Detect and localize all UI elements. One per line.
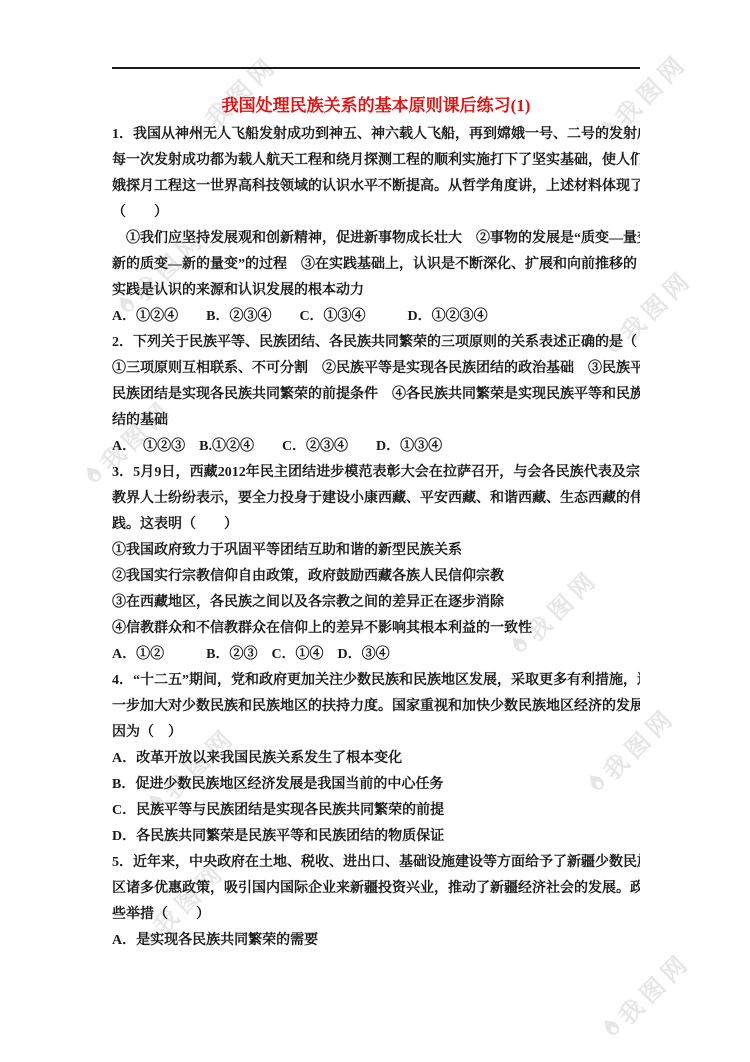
question-3-line: 3．5月9日，西藏2012年民主团结进步模范表彰大会在拉萨召开，与会各民族代表及… [112,460,640,486]
question-1-line: ①我们应坚持发展观和创新精神，促进新事物成长壮大 ②事物的发展是“质变—量变— [112,226,640,252]
question-1-line: （ ） [112,200,640,226]
question-4-line: A．改革开放以来我国民族关系发生了根本变化 [112,746,640,772]
flame-icon [597,1012,628,1043]
question-5-line: 些举措（ ） [112,902,640,928]
question-3-line: ④信教群众和不信教群众在信仰上的差异不影响其根本利益的一致性 [112,616,640,642]
question-2-line: 2．下列关于民族平等、民族团结、各民族共同繁荣的三项原则的关系表述正确的是（ ） [112,330,640,356]
question-4-line: 4．“十二五”期间，党和政府更加关注少数民族和民族地区发展，采取更多有利措施，进 [112,668,640,694]
question-5-line: A．是实现各民族共同繁荣的需要 [112,928,640,954]
watermark-text: 我图网 [609,943,697,1031]
question-3-line: A．①② B．②③ C．①④ D．③④ [112,642,640,668]
question-4-line: B．促进少数民族地区经济发展是我国当前的中心任务 [112,772,640,798]
question-2-line: 民族团结是实现各民族共同繁荣的前提条件 ④各民族共同繁荣是实现民族平等和民族团 [112,382,640,408]
document-page: 我图网我图网我图网我图网我图网我图网我图网我图网我图网我图网 我国处理民族关系的… [0,0,750,1062]
question-5-line: 区诸多优惠政策，吸引国内国际企业来新疆投资兴业，推动了新疆经济社会的发展。政府这 [112,876,640,902]
question-4-line: 因为（ ） [112,720,640,746]
question-1-line: 娥探月工程这一世界高科技领域的认识水平不断提高。从哲学角度讲，上述材料体现了 [112,174,640,200]
question-3-line: ①我国政府致力于巩固平等团结互助和谐的新型民族关系 [112,538,640,564]
question-5-line: 5．近年来，中央政府在土地、税收、进出口、基础设施建设等方面给予了新疆少数民族地 [112,850,640,876]
watermark-text: 我图网 [196,46,284,134]
horizontal-rule [112,67,640,69]
question-4-line: D．各民族共同繁荣是民族平等和民族团结的物质保证 [112,824,640,850]
page-title: 我国处理民族关系的基本原则课后练习(1) [112,94,640,118]
question-1-line: 1．我国从神州无人飞船发射成功到神五、神六载人飞船，再到嫦娥一号、二号的发射成功… [112,122,640,148]
question-3-line: ③在西藏地区，各民族之间以及各宗教之间的差异正在逐步消除 [112,590,640,616]
question-4-line: 一步加大对少数民族和民族地区的扶持力度。国家重视和加快少数民族地区经济的发展，是 [112,694,640,720]
question-2-line: ①三项原则互相联系、不可分割 ②民族平等是实现各民族团结的政治基础 ③民族平等和 [112,356,640,382]
question-3-line: ②我国实行宗教信仰自由政策，政府鼓励西藏各族人民信仰宗教 [112,564,640,590]
question-1-line: 实践是认识的来源和认识发展的根本动力 [112,278,640,304]
watermark-text: 我图网 [606,44,694,132]
question-1-line: 新的质变—新的量变”的过程 ③在实践基础上，认识是不断深化、扩展和向前推移的 ④ [112,252,640,278]
question-2-line: 结的基础 [112,408,640,434]
question-1-line: A．①②④ B．②③④ C．①③④ D．①②③④ [112,304,640,330]
question-3-line: 教界人士纷纷表示，要全力投身于建设小康西藏、平安西藏、和谐西藏、生态西藏的伟大实 [112,486,640,512]
site-watermark: 我图网 [593,943,698,1048]
question-1-line: 每一次发射成功都为载人航天工程和绕月探测工程的顺利实施打下了坚实基础，使人们对嫦 [112,148,640,174]
document-body: 1．我国从神州无人飞船发射成功到神五、神六载人飞船，再到嫦娥一号、二号的发射成功… [112,122,640,954]
flame-icon [79,459,110,490]
question-4-line: C．民族平等与民族团结是实现各民族共同繁荣的前提 [112,798,640,824]
question-2-line: A． ①②③ B.①②④ C．②③④ D．①③④ [112,434,640,460]
question-3-line: 践。这表明（ ） [112,512,640,538]
